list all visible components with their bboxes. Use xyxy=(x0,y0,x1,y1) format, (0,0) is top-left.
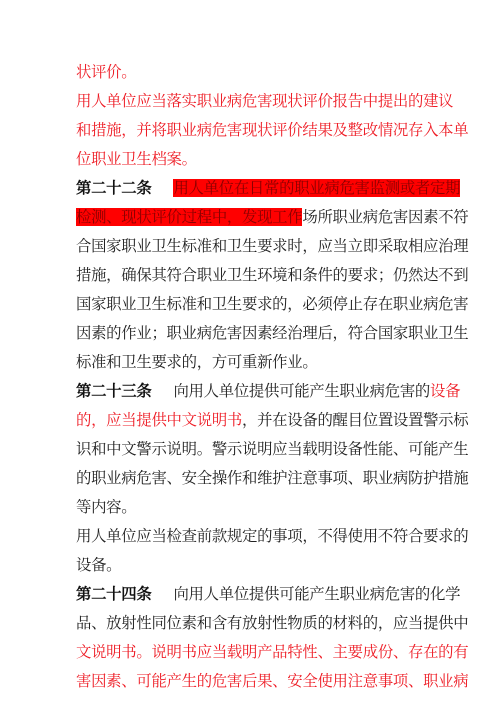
text-normal: 合国家职业卫生标准和卫生要求时，应当立即采取相应治理 xyxy=(76,237,468,255)
text-red: 文说明书。说明书应当载明产品特性、主要成份、存在的有 xyxy=(76,643,468,661)
text-line: 标准和卫生要求的，方可重新作业。 xyxy=(76,348,428,377)
text-red: 设备 xyxy=(430,382,460,400)
text-red: 状评价。 xyxy=(76,63,136,81)
text-line: 品、放射性同位素和含有放射性物质的材料的，应当提供中 xyxy=(76,609,428,638)
article-number: 第二十三条 xyxy=(76,382,151,400)
text-normal: 等内容。 xyxy=(76,498,136,516)
text-line: 的，应当提供中文说明书，并在设备的醒目位置设置警示标 xyxy=(76,406,428,435)
text-normal: ，并在设备的醒目位置设置警示标 xyxy=(242,411,468,429)
text-line: 状评价。 xyxy=(76,58,428,87)
text-normal: 设备。 xyxy=(76,556,121,574)
text-normal: 场所职业病危害因素不符 xyxy=(302,208,468,226)
text-red: 害因素、可能产生的危害后果、安全使用注意事项、职业病 xyxy=(76,672,468,690)
text-normal: 标准和卫生要求的，方可重新作业。 xyxy=(76,353,317,371)
article-24-heading: 第二十四条向用人单位提供可能产生职业病危害的化学 xyxy=(76,580,428,609)
text-line: 用人单位应当落实职业病危害现状评价报告中提出的建议 xyxy=(76,87,428,116)
text-normal: 用人单位应当检查前款规定的事项，不得使用不符合要求的 xyxy=(76,527,468,545)
article-number: 第二十二条 xyxy=(76,179,151,197)
article-22-heading: 第二十二条用人单位在日常的职业病危害监测或者定期 xyxy=(76,174,428,203)
text-normal: 向用人单位提供可能产生职业病危害的 xyxy=(173,382,430,400)
text-normal: 国家职业卫生标准和卫生要求的，必须停止存在职业病危害 xyxy=(76,295,468,313)
text-normal: 的职业病危害、安全操作和维护注意事项、职业病防护措施 xyxy=(76,469,468,487)
text-line: 合国家职业卫生标准和卫生要求时，应当立即采取相应治理 xyxy=(76,232,428,261)
text-line: 检测、现状评价过程中，发现工作场所职业病危害因素不符 xyxy=(76,203,428,232)
highlighted-text: 用人单位在日常的职业病危害监测或者定期 xyxy=(173,179,460,197)
text-normal: 措施，确保其符合职业卫生环境和条件的要求；仍然达不到 xyxy=(76,266,468,284)
text-line: 国家职业卫生标准和卫生要求的，必须停止存在职业病危害 xyxy=(76,290,428,319)
text-line: 位职业卫生档案。 xyxy=(76,145,428,174)
text-line: 等内容。 xyxy=(76,493,428,522)
text-line: 用人单位应当检查前款规定的事项，不得使用不符合要求的 xyxy=(76,522,428,551)
text-line: 措施，确保其符合职业卫生环境和条件的要求；仍然达不到 xyxy=(76,261,428,290)
text-line: 因素的作业；职业病危害因素经治理后，符合国家职业卫生 xyxy=(76,319,428,348)
text-line: 和措施，并将职业病危害现状评价结果及整改情况存入本单 xyxy=(76,116,428,145)
text-red: 用人单位应当落实职业病危害现状评价报告中提出的建议 xyxy=(76,92,453,110)
text-normal: 因素的作业；职业病危害因素经治理后，符合国家职业卫生 xyxy=(76,324,468,342)
text-normal: 品、放射性同位素和含有放射性物质的材料的，应当提供中 xyxy=(76,614,468,632)
text-red: 和措施，并将职业病危害现状评价结果及整改情况存入本单 xyxy=(76,121,468,139)
text-line: 文说明书。说明书应当载明产品特性、主要成份、存在的有 xyxy=(76,638,428,667)
article-23-heading: 第二十三条向用人单位提供可能产生职业病危害的设备 xyxy=(76,377,428,406)
text-line: 害因素、可能产生的危害后果、安全使用注意事项、职业病 xyxy=(76,667,428,696)
text-normal: 识和中文警示说明。警示说明应当载明设备性能、可能产生 xyxy=(76,440,468,458)
text-red: 位职业卫生档案。 xyxy=(76,150,197,168)
text-red: 的，应当提供中文说明书 xyxy=(76,411,242,429)
text-line: 设备。 xyxy=(76,551,428,580)
text-line: 的职业病危害、安全操作和维护注意事项、职业病防护措施 xyxy=(76,464,428,493)
document-page: 状评价。 用人单位应当落实职业病危害现状评价报告中提出的建议 和措施，并将职业病… xyxy=(76,58,428,696)
highlighted-text: 检测、现状评价过程中，发现工作 xyxy=(76,208,302,226)
text-line: 识和中文警示说明。警示说明应当载明设备性能、可能产生 xyxy=(76,435,428,464)
article-number: 第二十四条 xyxy=(76,585,151,603)
text-normal: 向用人单位提供可能产生职业病危害的化学 xyxy=(173,585,460,603)
